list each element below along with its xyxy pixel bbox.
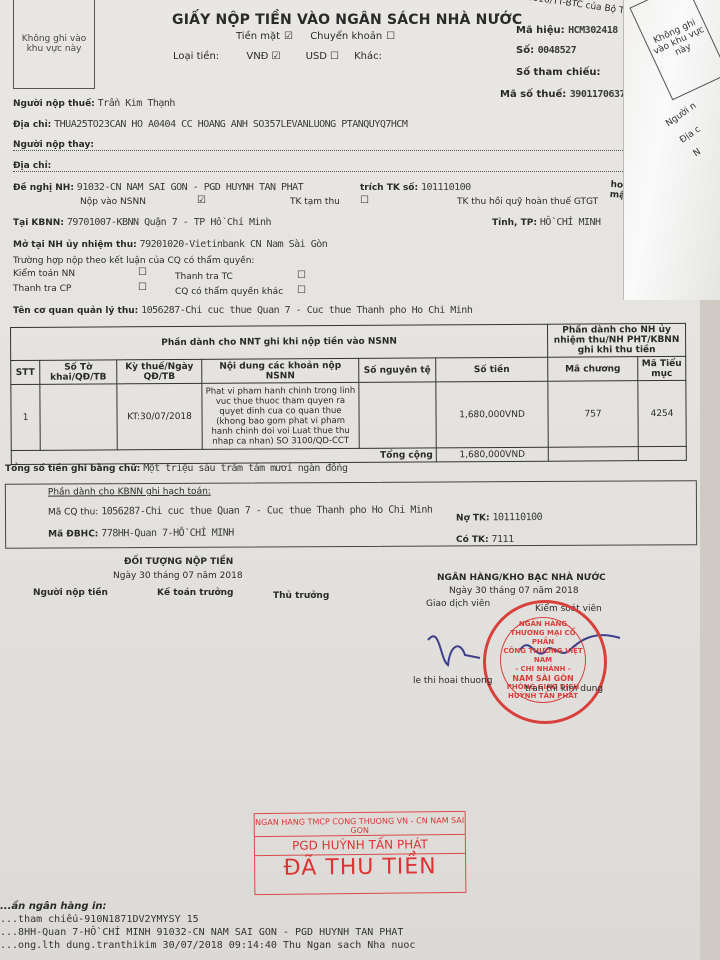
total-row: Tổng cộng 1,680,000VND: [11, 446, 686, 464]
bank-sign-date: Ngày 30 tháng 07 năm 2018: [449, 586, 579, 596]
role-payer: Người nộp tiền: [33, 588, 108, 598]
group-left-header: Phần dành cho NNT ghi khi nộp tiền vào N…: [11, 324, 548, 360]
payer-sign-heading: ĐỐI TƯỢNG NỘP TIỀN: [124, 557, 233, 567]
finance-inspect-label: Thanh tra TC: [175, 272, 233, 282]
kbnn-heading: Phần dành cho KBNN ghi hạch toán:: [48, 487, 211, 498]
total-in-words: Tổng số tiền ghi bằng chữ: Một triệu sáu…: [5, 463, 347, 474]
form-title: GIẤY NỘP TIỀN VÀO NGÂN SÁCH NHÀ NƯỚC: [172, 12, 522, 28]
vnd-checkbox[interactable]: ☑: [271, 51, 280, 62]
col-chapter: Mã chương: [548, 357, 638, 382]
table-row: 1 KT:30/07/2018 Phat vi pham hanh chinh …: [11, 380, 686, 450]
col-period: Kỳ thuế/Ngày QĐ/TB: [117, 359, 202, 384]
other-authority-label: CQ có thẩm quyền khác: [175, 287, 283, 297]
bank-request-row: Đề nghị NH: 91032-CN NAM SAI GON - PGD H…: [13, 182, 303, 193]
kbnn-accounting-section: Phần dành cho KBNN ghi hạch toán: Mã CQ …: [5, 480, 697, 549]
col-declaration: Số Tờ khai/QĐ/TB: [40, 360, 117, 384]
bank-print-heading: ...ần ngân hàng in:: [0, 901, 107, 912]
bank-print-line: ...tham chiếu-910N1871DV2YMYSY 15: [0, 914, 199, 925]
col-stt: STT: [11, 360, 40, 384]
payment-method: Tiền mặt☑ Chuyển khoản☐: [236, 31, 395, 42]
auth-bank-row: Mở tại NH ủy nhiệm thu: 79201020-Vietinb…: [13, 239, 327, 250]
temp-account-label: TK tạm thu: [290, 197, 340, 207]
bank-print-line: ...ong.lth dung.tranthikim 30/07/2018 09…: [0, 940, 415, 951]
payer-name-row: Người nộp thuế: Trần Kim Thạnh: [13, 98, 503, 109]
reference-field: Số tham chiếu:: [516, 67, 600, 78]
role-head: Thủ trưởng: [273, 591, 329, 601]
currency-row: Loại tiền: VNĐ☑ USD☐ Khác:: [173, 51, 382, 62]
usd-checkbox[interactable]: ☐: [330, 51, 339, 62]
province-field: Tỉnh, TP: HỒ CHÍ MINH: [492, 217, 601, 228]
proxy-address-row: Địa chỉ:: [13, 161, 633, 172]
bank-sign-heading: NGÂN HÀNG/KHO BẠC NHÀ NƯỚC: [437, 573, 606, 583]
teller-name: le thi hoai thuong: [413, 676, 492, 686]
payment-items-table: Phần dành cho NNT ghi khi nộp tiền vào N…: [10, 323, 687, 465]
transfer-checkbox[interactable]: ☐: [386, 31, 395, 42]
col-content: Nội dung các khoản nộp NSNN: [202, 358, 359, 383]
payer-address-row: Địa chỉ: THUA25TO23CAN HO A0404 CC HOANG…: [13, 119, 653, 130]
admin-unit-code: Mã ĐBHC: 778HH-Quan 7-HỒ CHÍ MINH: [48, 528, 234, 540]
col-foreign: Số nguyên tệ: [359, 358, 436, 382]
controller-name: tran thi kim dung: [525, 684, 603, 694]
gov-inspect-label: Thanh tra CP: [13, 284, 71, 294]
bank-print-line: ...8HH-Quan 7-HỒ CHÍ MINH 91032-CN NAM S…: [0, 927, 403, 938]
finance-inspect-checkbox[interactable]: ☐: [297, 270, 306, 281]
audit-label: Kiểm toán NN: [13, 269, 75, 279]
debit-account: trích TK số: 101110100: [360, 182, 471, 193]
tax-code-field: Mã số thuế: 3901170637: [500, 89, 625, 100]
authority-heading: Trường hợp nộp theo kết luận của CQ có t…: [13, 256, 254, 266]
col-subitem: Mã Tiểu mục: [638, 356, 686, 380]
cash-checkbox[interactable]: ☑: [284, 31, 293, 42]
group-right-header: Phần dành cho NH ủy nhiệm thu/NH PHT/KBN…: [547, 323, 685, 357]
credit-tk: Có TK: 7111: [456, 534, 514, 545]
nsnn-checkbox[interactable]: ☑: [197, 195, 206, 206]
next-page-corner: Không ghi vào khu vực này Người n Địa c …: [623, 0, 720, 300]
proxy-row: Người nộp thay:: [13, 140, 633, 151]
circular-ref: 84/2016/TT-BTC của Bộ Tài: [512, 0, 632, 17]
no-write-box: Không ghi vào khu vực này: [13, 0, 95, 89]
so-field: Số: 0048527: [516, 45, 576, 56]
tax-payment-form: Không ghi vào khu vực này GIẤY NỘP TIỀN …: [0, 0, 700, 960]
col-amount: Số tiền: [436, 357, 548, 382]
revenue-agency-code: Mã CQ thu: 1056287-Chi cuc thue Quan 7 -…: [48, 505, 433, 518]
payer-sign-date: Ngày 30 tháng 07 năm 2018: [113, 571, 243, 581]
gov-inspect-checkbox[interactable]: ☐: [138, 282, 147, 293]
bank-round-stamp: NGÂN HÀNG THƯƠNG MẠI CỔ PHẦN CÔNG THƯƠNG…: [483, 600, 607, 724]
temp-account-checkbox[interactable]: ☐: [360, 195, 369, 206]
ma-hieu-field: Mã hiệu: HCM302418: [516, 25, 618, 36]
role-chief-accountant: Kế toán trưởng: [157, 588, 234, 598]
paid-stamp: NGAN HANG TMCP CONG THUONG VN - CN NAM S…: [254, 811, 467, 895]
role-teller: Giao dịch viên: [426, 599, 490, 609]
vat-refund-label: TK thu hồi quỹ hoàn thuế GTGT: [457, 197, 598, 207]
debit-tk: Nợ TK: 101110100: [456, 512, 542, 523]
agency-row: Tên cơ quan quản lý thu: 1056287-Chi cuc…: [13, 305, 472, 316]
nsnn-label: Nộp vào NSNN: [80, 197, 146, 207]
audit-checkbox[interactable]: ☐: [138, 267, 147, 278]
other-authority-checkbox[interactable]: ☐: [297, 285, 306, 296]
kbnn-row: Tại KBNN: 79701007-KBNN Quận 7 - TP Hồ C…: [13, 217, 271, 228]
